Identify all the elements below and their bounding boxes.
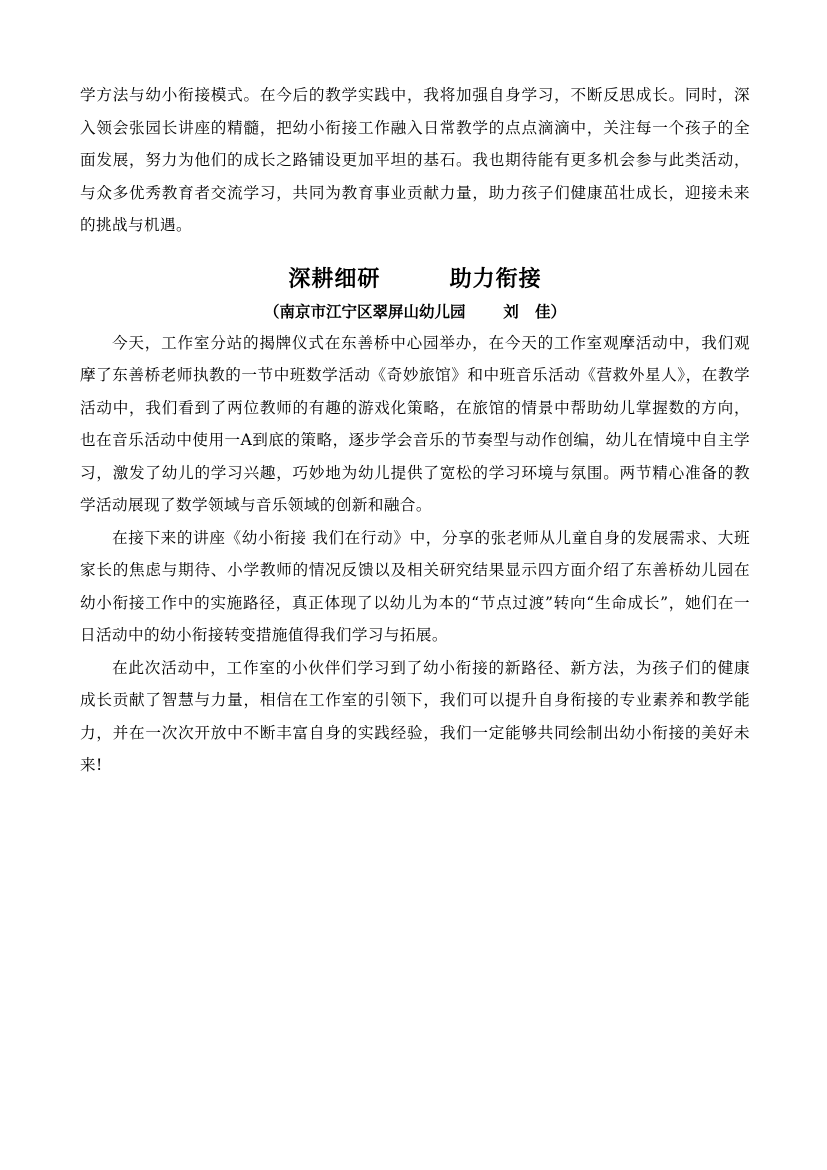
article-byline: （南京市江宁区翠屏山幼儿园 刘 佳）: [80, 297, 750, 327]
article-paragraph: 在此次活动中，工作室的小伙伴们学习到了幼小衔接的新路径、新方法，为孩子们的健康成…: [80, 652, 750, 782]
document-page: 学方法与幼小衔接模式。在今后的教学实践中，我将加强自身学习，不断反思成长。同时，…: [80, 79, 750, 782]
article-paragraph: 今天，工作室分站的揭牌仪式在东善桥中心园举办，在今天的工作室观摩活动中，我们观摩…: [80, 327, 750, 522]
article-paragraph: 在接下来的讲座《幼小衔接 我们在行动》中，分享的张老师从儿童自身的发展需求、大班…: [80, 522, 750, 652]
intro-paragraph: 学方法与幼小衔接模式。在今后的教学实践中，我将加强自身学习，不断反思成长。同时，…: [80, 79, 750, 242]
article-title: 深耕细研 助力衔接: [80, 263, 750, 297]
